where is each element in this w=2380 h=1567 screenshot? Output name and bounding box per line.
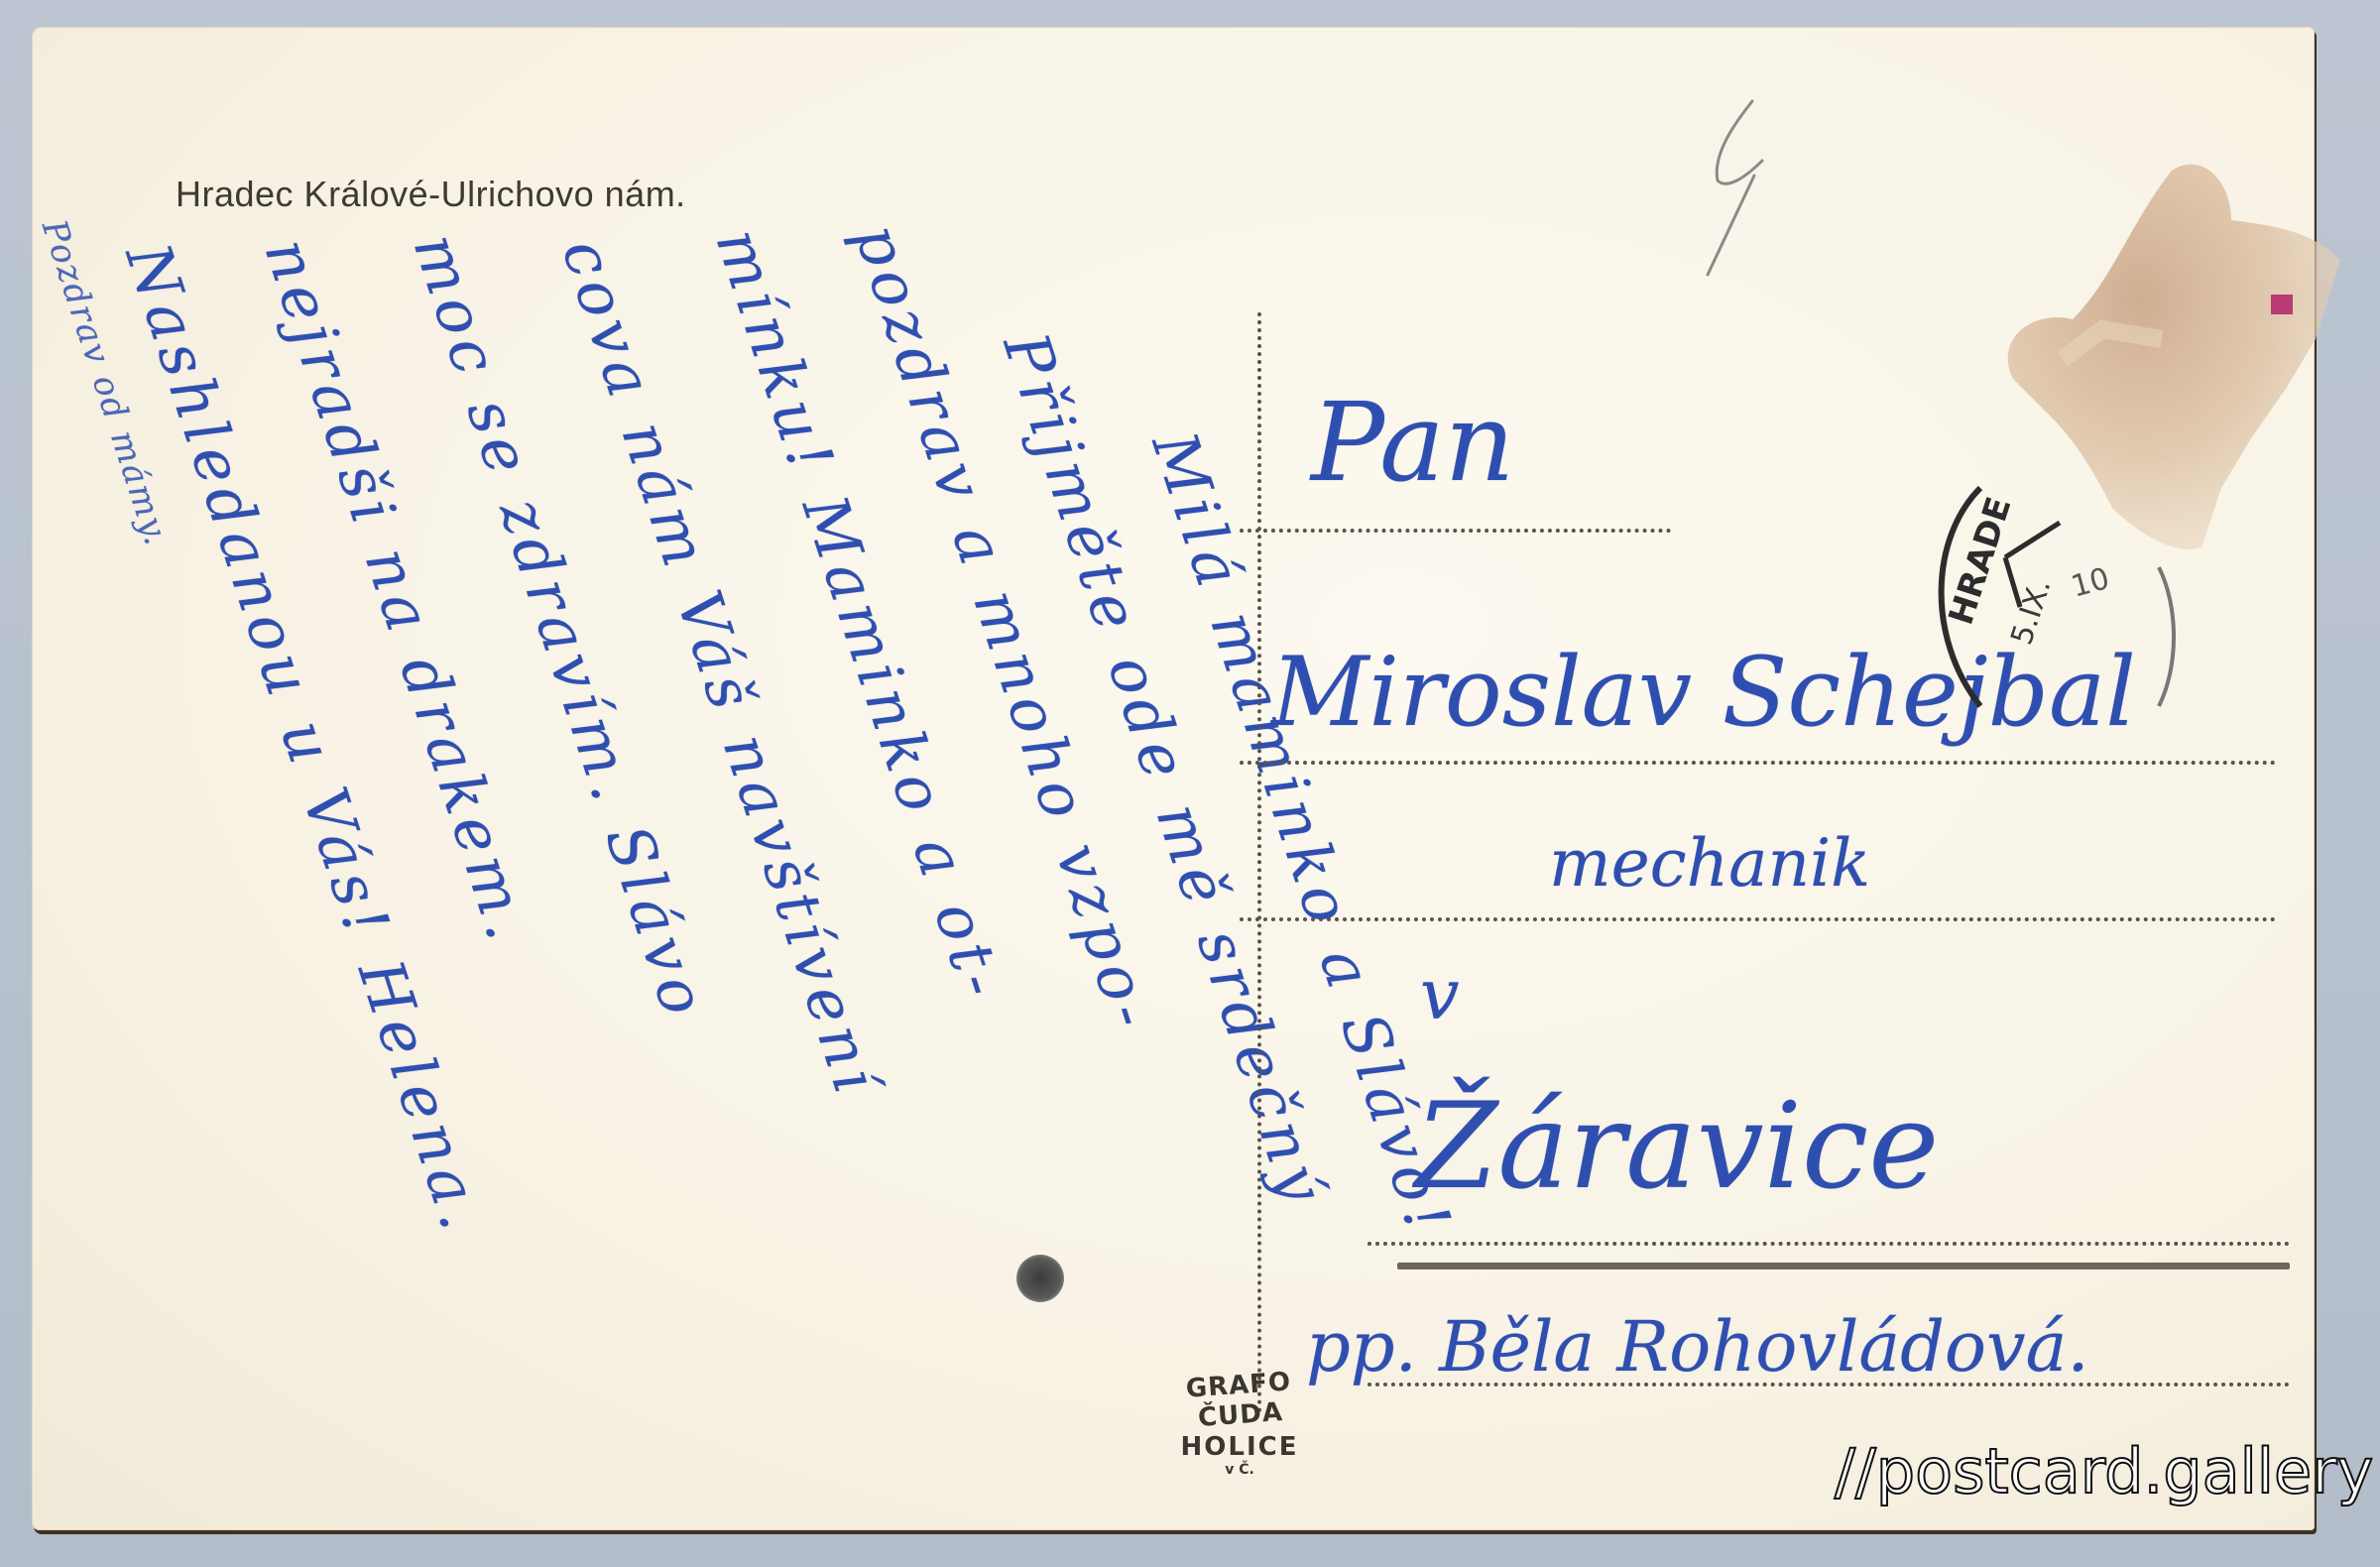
pencil-number-mark bbox=[1693, 96, 1782, 285]
postcard-back: Hradec Králové-Ulrichovo nám. Milá mamin… bbox=[32, 27, 2315, 1530]
address-salutation: Pan bbox=[1311, 379, 1515, 506]
address-line-2 bbox=[1240, 761, 2276, 765]
postmark: HRADE 5.IX. 10 bbox=[1911, 448, 2228, 746]
watermark: //postcard.gallery bbox=[1835, 1435, 2373, 1507]
address-sender: pp. Běla Rohovládová. bbox=[1306, 1306, 2089, 1387]
printer-mark: GRAFO ČUDA HOLICE v Č. bbox=[1140, 1371, 1339, 1478]
address-line-3 bbox=[1240, 917, 2276, 921]
printer-note: v Č. bbox=[1140, 1462, 1339, 1478]
printer-town: HOLICE bbox=[1140, 1432, 1339, 1462]
address-line-4 bbox=[1368, 1242, 2290, 1246]
address-line-1 bbox=[1240, 529, 1671, 533]
vertical-divider bbox=[1257, 312, 1261, 1413]
address-town: Žáravice bbox=[1415, 1078, 1939, 1216]
svg-text:10: 10 bbox=[2068, 561, 2113, 605]
address-prefix: v bbox=[1420, 954, 1460, 1035]
address-underline bbox=[1397, 1263, 2290, 1269]
printed-caption: Hradec Králové-Ulrichovo nám. bbox=[176, 174, 686, 215]
address-occupation: mechanik bbox=[1549, 825, 1870, 902]
ink-blot bbox=[1016, 1255, 1064, 1302]
printer-name: GRAFO ČUDA bbox=[1138, 1364, 1341, 1437]
